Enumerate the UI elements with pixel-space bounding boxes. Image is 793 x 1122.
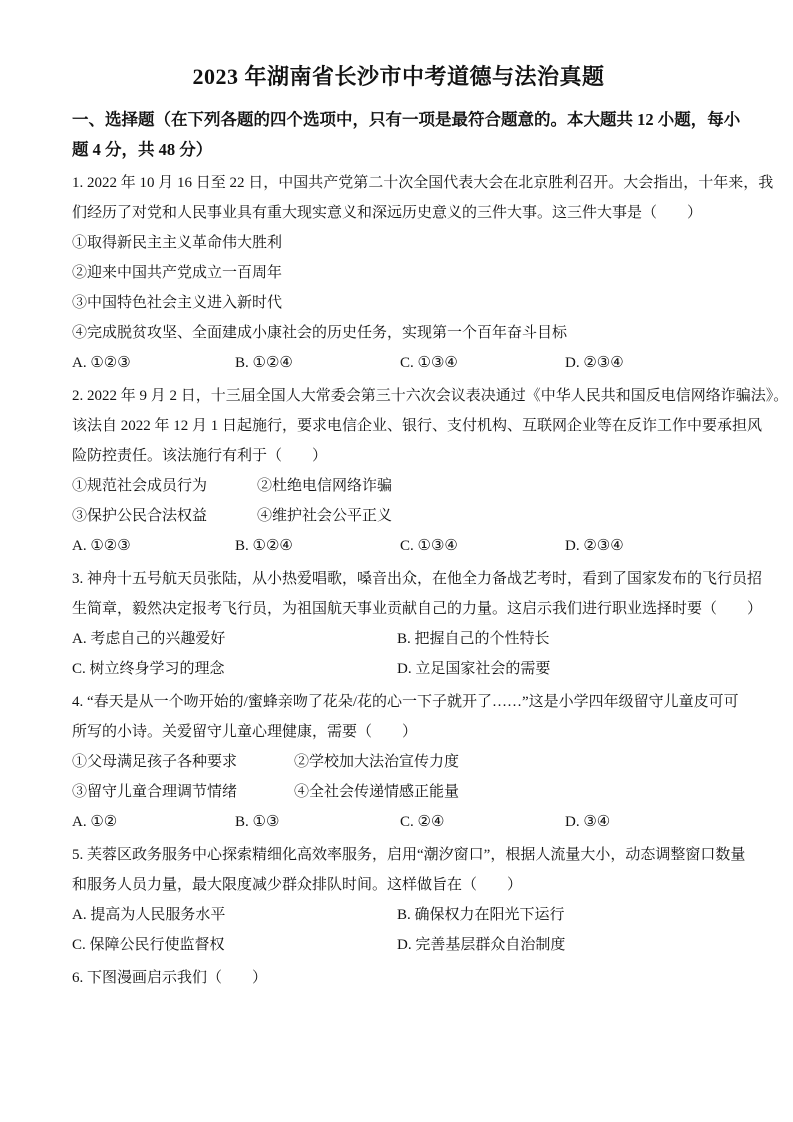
numbered-item: ①取得新民主主义革命伟大胜利 <box>72 228 725 258</box>
numbered-item: ④完成脱贫攻坚、全面建成小康社会的历史任务，实现第一个百年奋斗目标 <box>72 318 725 348</box>
numbered-items-row: ①规范社会成员行为 ②杜绝电信网络诈骗 <box>72 471 725 501</box>
question-6: 6. 下图漫画启示我们（ ） <box>72 963 725 993</box>
question-4: 4. “春天是从一个吻开始的/蜜蜂亲吻了花朵/花的心一下子就开了……”这是小学四… <box>72 687 725 837</box>
numbered-item: ③留守儿童合理调节情绪 <box>72 777 294 807</box>
choices-row: C. 保障公民行使监督权 D. 完善基层群众自治制度 <box>72 930 725 960</box>
question-stem-line: 1. 2022 年 10 月 16 日至 22 日，中国共产党第二十次全国代表大… <box>72 168 725 198</box>
question-stem-line: 生简章，毅然决定报考飞行员，为祖国航天事业贡献自己的力量。这启示我们进行职业选择… <box>72 594 725 624</box>
numbered-item: ④全社会传递情感正能量 <box>294 777 725 807</box>
choice-b: B. ①③ <box>235 807 400 837</box>
numbered-items-row: ③保护公民合法权益 ④维护社会公平正义 <box>72 501 725 531</box>
question-stem-line: 2. 2022 年 9 月 2 日，十三届全国人大常委会第三十六次会议表决通过《… <box>72 381 725 411</box>
choices-row: C. 树立终身学习的理念 D. 立足国家社会的需要 <box>72 654 725 684</box>
choice-d: D. ②③④ <box>565 348 725 378</box>
choice-a: A. ①②③ <box>72 348 235 378</box>
choice-a: A. ①②③ <box>72 531 235 561</box>
choice-c: C. 保障公民行使监督权 <box>72 930 397 960</box>
numbered-item: ①规范社会成员行为 <box>72 471 257 501</box>
question-stem-line: 4. “春天是从一个吻开始的/蜜蜂亲吻了花朵/花的心一下子就开了……”这是小学四… <box>72 687 725 717</box>
section-header-line: 一、选择题（在下列各题的四个选项中，只有一项是最符合题意的。本大题共 12 小题… <box>72 105 725 135</box>
section-header-line: 题 4 分，共 48 分） <box>72 135 725 165</box>
numbered-items-row: ①父母满足孩子各种要求 ②学校加大法治宣传力度 <box>72 747 725 777</box>
choices-row: A. ①②③ B. ①②④ C. ①③④ D. ②③④ <box>72 348 725 378</box>
choices-row: A. 考虑自己的兴趣爱好 B. 把握自己的个性特长 <box>72 624 725 654</box>
choice-c: C. ①③④ <box>400 348 565 378</box>
choice-a: A. 提高为人民服务水平 <box>72 900 397 930</box>
question-2: 2. 2022 年 9 月 2 日，十三届全国人大常委会第三十六次会议表决通过《… <box>72 381 725 561</box>
numbered-item: ②迎来中国共产党成立一百周年 <box>72 258 725 288</box>
question-stem-line: 险防控责任。该法施行有利于（ ） <box>72 441 725 471</box>
numbered-item: ③中国特色社会主义进入新时代 <box>72 288 725 318</box>
choice-d: D. 立足国家社会的需要 <box>397 654 725 684</box>
numbered-item: ②杜绝电信网络诈骗 <box>257 471 725 501</box>
choice-d: D. ③④ <box>565 807 725 837</box>
choice-b: B. 把握自己的个性特长 <box>397 624 725 654</box>
numbered-item: ①父母满足孩子各种要求 <box>72 747 294 777</box>
question-stem-line: 和服务人员力量，最大限度减少群众排队时间。这样做旨在（ ） <box>72 870 725 900</box>
choice-b: B. ①②④ <box>235 348 400 378</box>
choice-b: B. 确保权力在阳光下运行 <box>397 900 725 930</box>
page-title: 2023 年湖南省长沙市中考道德与法治真题 <box>72 62 725 92</box>
question-1: 1. 2022 年 10 月 16 日至 22 日，中国共产党第二十次全国代表大… <box>72 168 725 378</box>
section-header: 一、选择题（在下列各题的四个选项中，只有一项是最符合题意的。本大题共 12 小题… <box>72 105 725 165</box>
question-stem-line: 所写的小诗。关爱留守儿童心理健康，需要（ ） <box>72 717 725 747</box>
question-stem-line: 们经历了对党和人民事业具有重大现实意义和深远历史意义的三件大事。这三件大事是（ … <box>72 198 725 228</box>
choice-a: A. ①② <box>72 807 235 837</box>
numbered-item: ②学校加大法治宣传力度 <box>294 747 725 777</box>
question-3: 3. 神舟十五号航天员张陆，从小热爱唱歌，嗓音出众，在他全力备战艺考时，看到了国… <box>72 564 725 684</box>
question-stem-line: 该法自 2022 年 12 月 1 日起施行，要求电信企业、银行、支付机构、互联… <box>72 411 725 441</box>
question-stem-line: 6. 下图漫画启示我们（ ） <box>72 963 725 993</box>
question-5: 5. 芙蓉区政务服务中心探索精细化高效率服务，启用“潮汐窗口”，根据人流量大小，… <box>72 840 725 960</box>
exam-document-page: 2023 年湖南省长沙市中考道德与法治真题 一、选择题（在下列各题的四个选项中，… <box>0 0 793 1122</box>
choice-c: C. ②④ <box>400 807 565 837</box>
choice-c: C. ①③④ <box>400 531 565 561</box>
numbered-items-row: ③留守儿童合理调节情绪 ④全社会传递情感正能量 <box>72 777 725 807</box>
choices-row: A. 提高为人民服务水平 B. 确保权力在阳光下运行 <box>72 900 725 930</box>
choice-d: D. 完善基层群众自治制度 <box>397 930 725 960</box>
choices-row: A. ①②③ B. ①②④ C. ①③④ D. ②③④ <box>72 531 725 561</box>
choice-a: A. 考虑自己的兴趣爱好 <box>72 624 397 654</box>
choice-d: D. ②③④ <box>565 531 725 561</box>
choice-b: B. ①②④ <box>235 531 400 561</box>
choice-c: C. 树立终身学习的理念 <box>72 654 397 684</box>
numbered-item: ④维护社会公平正义 <box>257 501 725 531</box>
question-stem-line: 3. 神舟十五号航天员张陆，从小热爱唱歌，嗓音出众，在他全力备战艺考时，看到了国… <box>72 564 725 594</box>
choices-row: A. ①② B. ①③ C. ②④ D. ③④ <box>72 807 725 837</box>
numbered-item: ③保护公民合法权益 <box>72 501 257 531</box>
question-stem-line: 5. 芙蓉区政务服务中心探索精细化高效率服务，启用“潮汐窗口”，根据人流量大小，… <box>72 840 725 870</box>
